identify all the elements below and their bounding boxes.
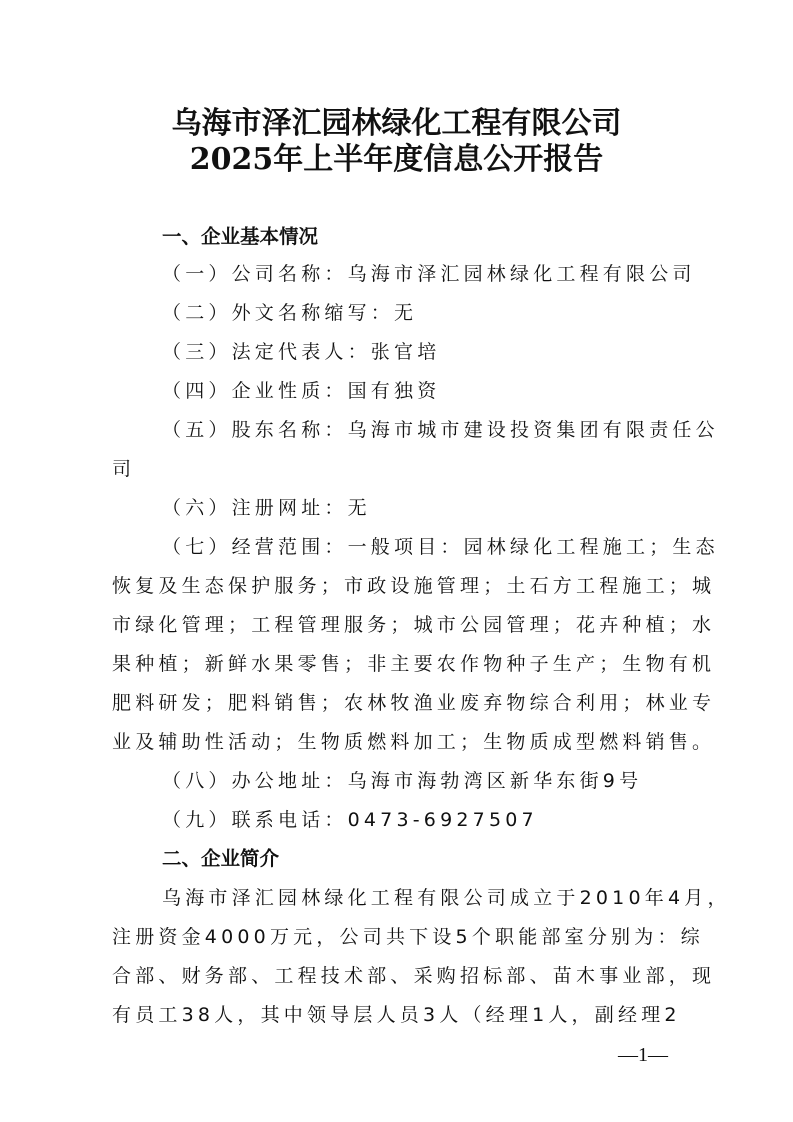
intro-line4: 有员工38人，其中领导层人员3人（经理1人，副经理2: [112, 1002, 681, 1028]
document-title-line2: 2025年上半年度信息公开报告: [0, 142, 793, 178]
section2-heading: 二、企业简介: [162, 846, 279, 872]
intro-line3: 合部、财务部、工程技术部、采购招标部、苗木事业部，现: [112, 963, 715, 989]
info-scope-line4: 果种植；新鲜水果零售；非主要农作物种子生产；生物有机: [112, 651, 715, 677]
info-foreign-name: （二）外文名称缩写：无: [162, 300, 417, 326]
document-page: 乌海市泽汇园林绿化工程有限公司 2025年上半年度信息公开报告 一、企业基本情况…: [0, 0, 793, 1122]
info-nature: （四）企业性质：国有独资: [162, 378, 440, 404]
intro-line2: 注册资金4000万元，公司共下设5个职能部室分别为：综: [112, 924, 704, 950]
intro-line1: 乌海市泽汇园林绿化工程有限公司成立于2010年4月，: [162, 885, 731, 911]
info-scope: （七）经营范围：一般项目：园林绿化工程施工；生态: [162, 534, 719, 560]
info-shareholder: （五）股东名称：乌海市城市建设投资集团有限责任公: [162, 417, 719, 443]
info-scope-line5: 肥料研发；肥料销售；农林牧渔业废弃物综合利用；林业专: [112, 690, 715, 716]
info-address: （八）办公地址：乌海市海勃湾区新华东街9号: [162, 768, 642, 794]
info-scope-line6: 业及辅助性活动；生物质燃料加工；生物质成型燃料销售。: [112, 729, 715, 755]
info-shareholder-cont: 司: [112, 456, 135, 482]
info-website: （六）注册网址：无: [162, 495, 371, 521]
info-company-name: （一）公司名称：乌海市泽汇园林绿化工程有限公司: [162, 261, 696, 287]
section1-heading: 一、企业基本情况: [162, 224, 318, 250]
info-scope-line2: 恢复及生态保护服务；市政设施管理；土石方工程施工；城: [112, 573, 715, 599]
info-phone: （九）联系电话：0473-6927507: [162, 807, 538, 833]
document-title-line1: 乌海市泽汇园林绿化工程有限公司: [0, 106, 793, 142]
info-scope-line3: 市绿化管理；工程管理服务；城市公园管理；花卉种植；水: [112, 612, 715, 638]
info-legal-rep: （三）法定代表人：张官培: [162, 339, 440, 365]
page-number: —1—: [618, 1044, 668, 1067]
